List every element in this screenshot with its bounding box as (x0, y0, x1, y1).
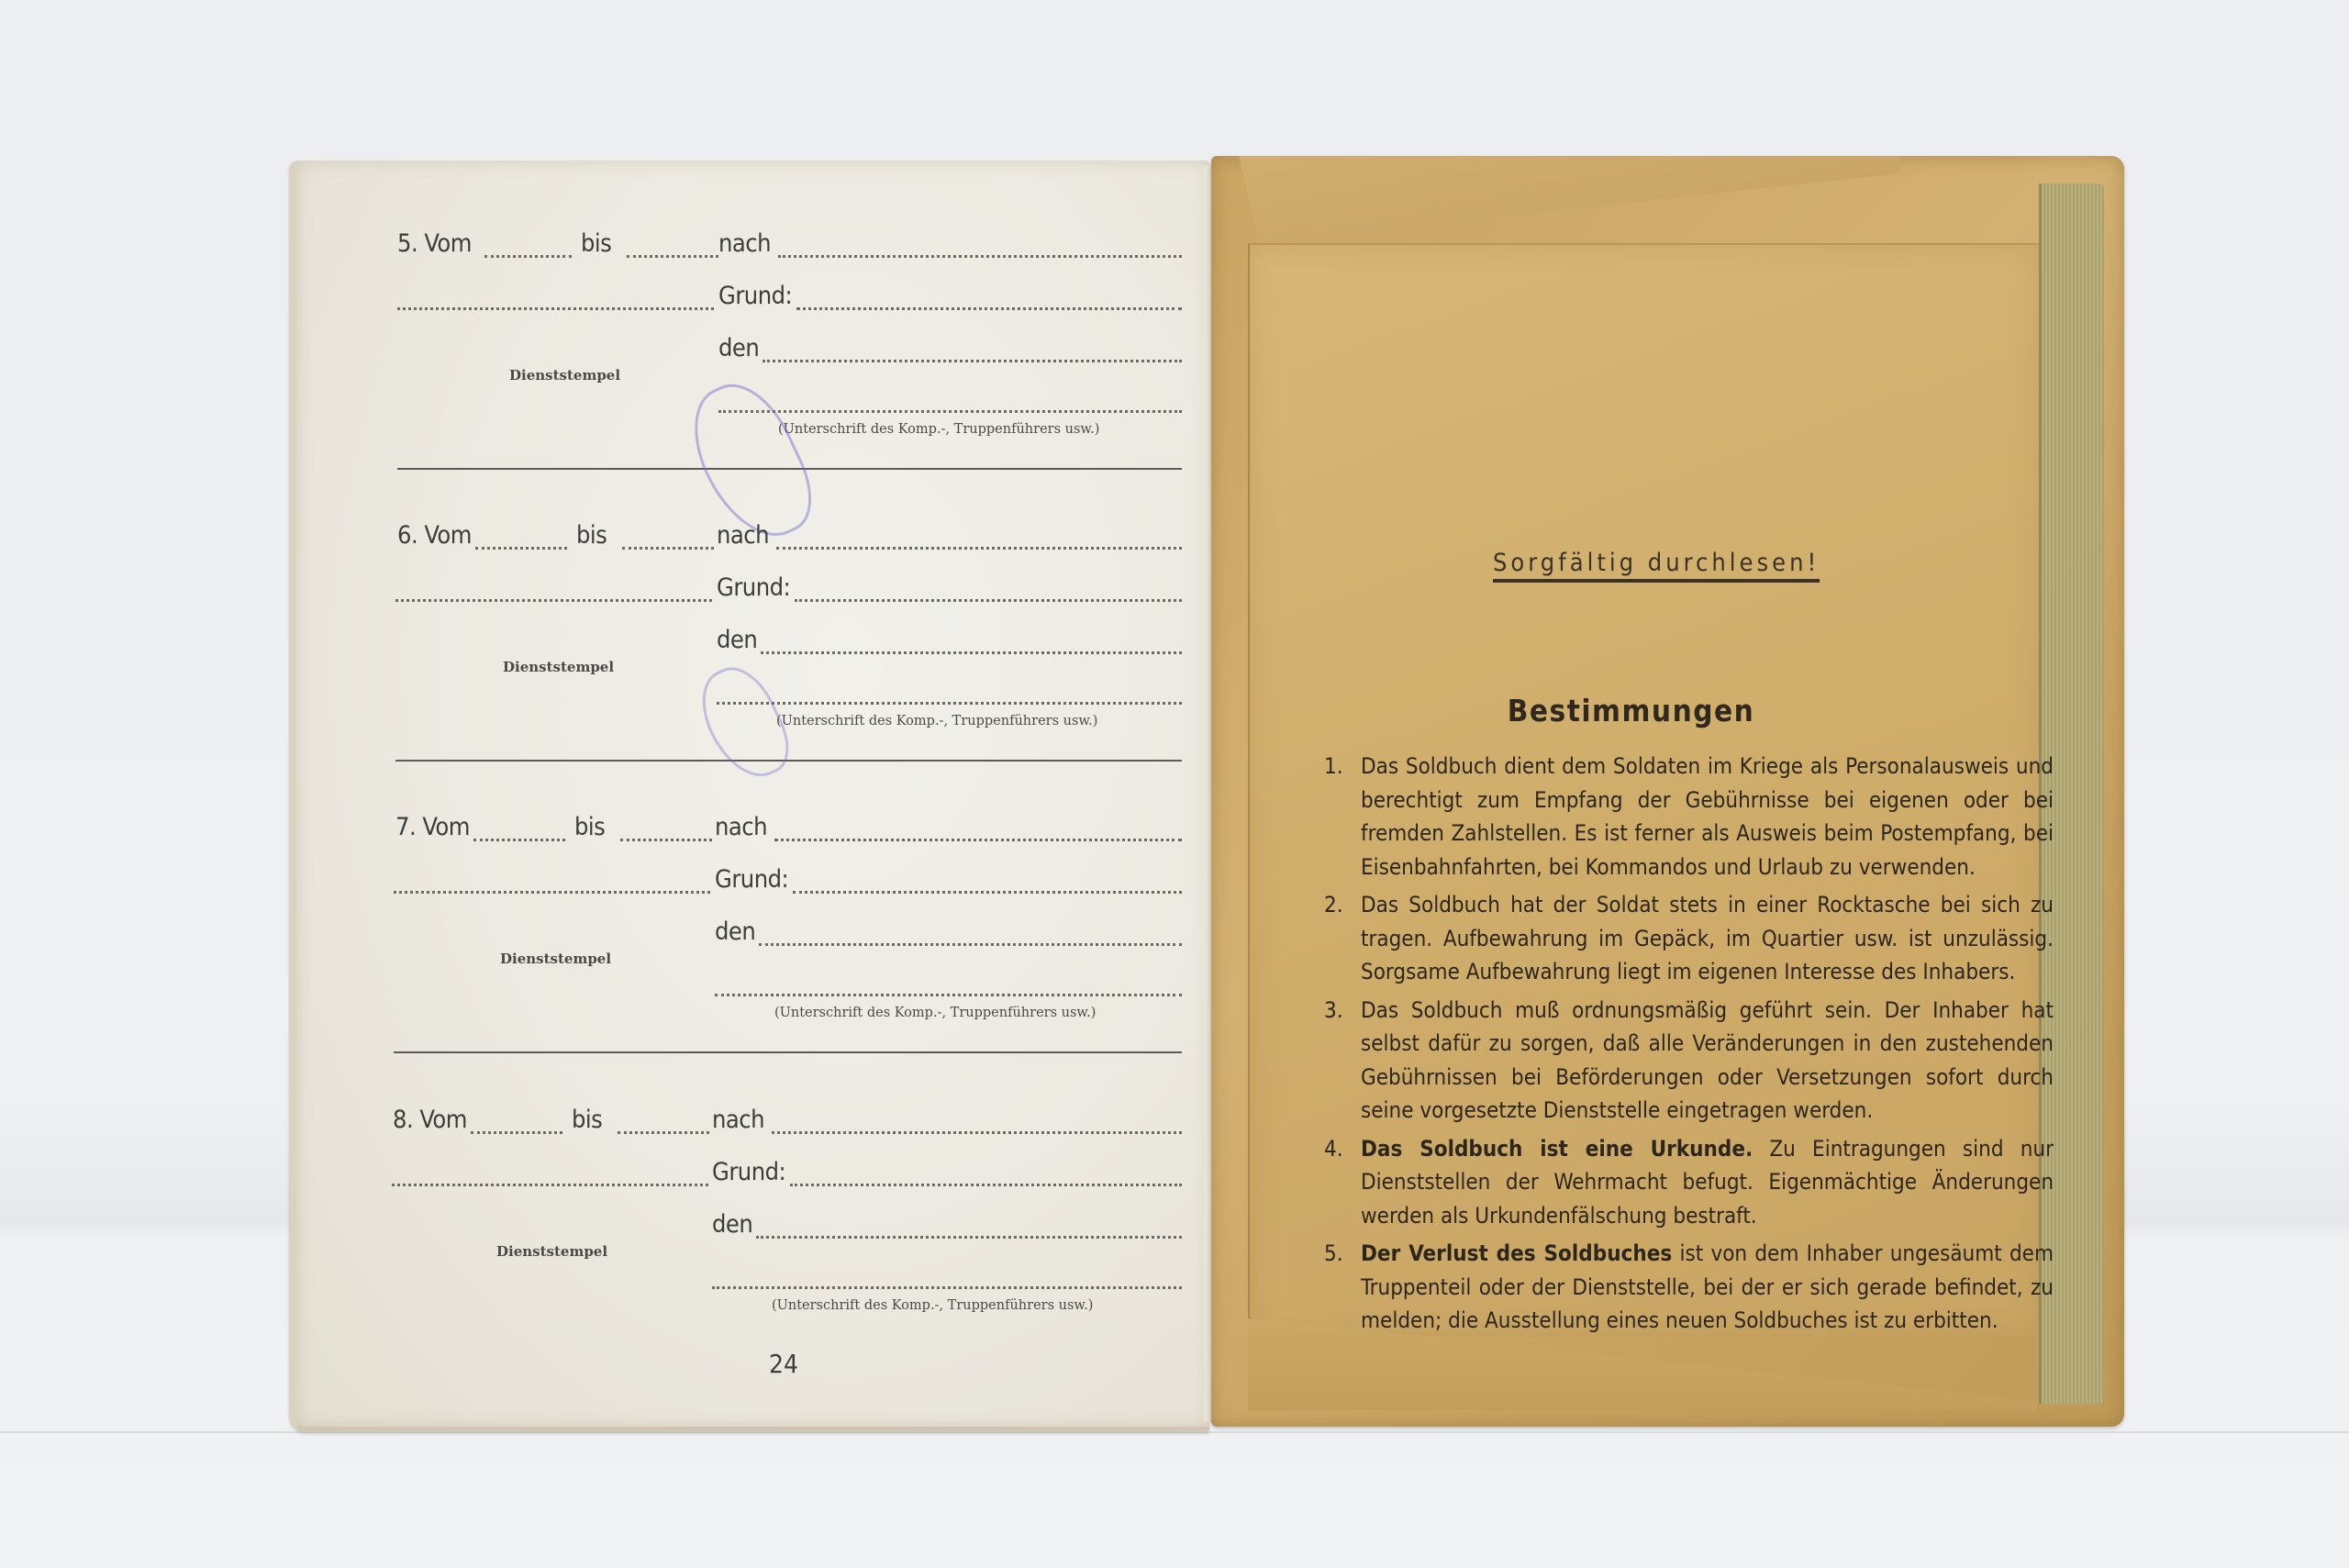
destination-field[interactable] (778, 255, 1182, 258)
date-field[interactable] (756, 1236, 1182, 1239)
reason-field[interactable] (796, 307, 1182, 310)
section-divider (394, 1051, 1182, 1053)
right-page-cover: Sorgfältig durchlesen! Bestimmungen 1.Da… (1211, 156, 2124, 1427)
official-stamp-label: Dienststempel (503, 659, 614, 675)
signature-field[interactable] (712, 1286, 1182, 1289)
date-field[interactable] (763, 360, 1182, 362)
den-label: den (717, 626, 757, 654)
bis-label: bis (581, 229, 611, 258)
entry-number-label: 8. Vom (393, 1106, 467, 1134)
reason-field[interactable] (793, 891, 1182, 894)
transfer-entry-7: 7. Vom bis nach Grund: den Dienststempel… (296, 813, 1209, 1105)
destination-field[interactable] (774, 839, 1182, 841)
den-label: den (718, 334, 759, 362)
den-label: den (712, 1210, 752, 1239)
to-date-field[interactable] (620, 839, 712, 841)
signature-caption: (Unterschrift des Komp.-, Truppenführers… (776, 714, 1097, 728)
rule-item: 1.Das Soldbuch dient dem Soldaten im Kri… (1324, 750, 2054, 884)
signature-caption: (Unterschrift des Komp.-, Truppenführers… (778, 422, 1099, 437)
den-label: den (715, 917, 755, 946)
unit-field[interactable] (395, 599, 712, 602)
read-carefully-title: Sorgfältig durchlesen! (1493, 549, 1820, 583)
to-date-field[interactable] (622, 547, 714, 550)
reason-field[interactable] (795, 599, 1182, 602)
section-divider (395, 760, 1182, 762)
bis-label: bis (574, 813, 605, 841)
unit-field[interactable] (392, 1184, 708, 1186)
signature-field[interactable] (717, 702, 1182, 705)
nach-label: nach (712, 1106, 764, 1134)
rule-item: 3.Das Soldbuch muß ordnungsmäßig geführt… (1324, 994, 2054, 1128)
transfer-entry-8: 8. Vom bis nach Grund: den Dienststempel… (296, 1106, 1209, 1397)
cover-flap (1239, 156, 1899, 243)
date-field[interactable] (759, 943, 1182, 946)
nach-label: nach (718, 229, 771, 258)
signature-field[interactable] (718, 410, 1182, 413)
destination-field[interactable] (776, 547, 1182, 550)
official-stamp-label: Dienststempel (500, 951, 611, 967)
to-date-field[interactable] (627, 255, 718, 258)
left-page-form: 5. Vom bis nach Grund: den Dienststempel… (289, 161, 1209, 1432)
entry-number-label: 6. Vom (397, 521, 472, 550)
grund-label: Grund: (718, 282, 792, 310)
unit-field[interactable] (397, 307, 714, 310)
official-stamp-label: Dienststempel (509, 367, 620, 384)
entry-number-label: 7. Vom (395, 813, 470, 841)
entry-number-label: 5. Vom (397, 229, 472, 258)
rule-item: 2.Das Soldbuch hat der Soldat stets in e… (1324, 888, 2054, 989)
from-date-field[interactable] (484, 255, 572, 258)
to-date-field[interactable] (618, 1131, 709, 1134)
grund-label: Grund: (712, 1158, 785, 1186)
reason-field[interactable] (790, 1184, 1182, 1186)
official-stamp-label: Dienststempel (496, 1243, 607, 1260)
destination-field[interactable] (772, 1131, 1182, 1134)
bis-label: bis (572, 1106, 602, 1134)
signature-caption: (Unterschrift des Komp.-, Truppenführers… (772, 1298, 1093, 1313)
signature-caption: (Unterschrift des Komp.-, Truppenführers… (774, 1006, 1096, 1020)
page-number: 24 (769, 1349, 798, 1379)
rule-item: 5.Der Verlust des Soldbuches ist von dem… (1324, 1237, 2054, 1338)
date-field[interactable] (761, 651, 1182, 654)
rules-list: 1.Das Soldbuch dient dem Soldaten im Kri… (1324, 750, 2054, 1342)
bis-label: bis (576, 521, 607, 550)
unit-field[interactable] (394, 891, 710, 894)
rules-heading: Bestimmungen (1174, 693, 2087, 728)
grund-label: Grund: (717, 573, 790, 602)
nach-label: nach (715, 813, 767, 841)
signature-field[interactable] (715, 994, 1182, 996)
rule-item: 4.Das Soldbuch ist eine Urkunde. Zu Eint… (1324, 1132, 2054, 1233)
from-date-field[interactable] (471, 1131, 562, 1134)
grund-label: Grund: (715, 865, 788, 894)
from-date-field[interactable] (473, 839, 565, 841)
nach-label: nach (717, 521, 769, 550)
from-date-field[interactable] (475, 547, 567, 550)
